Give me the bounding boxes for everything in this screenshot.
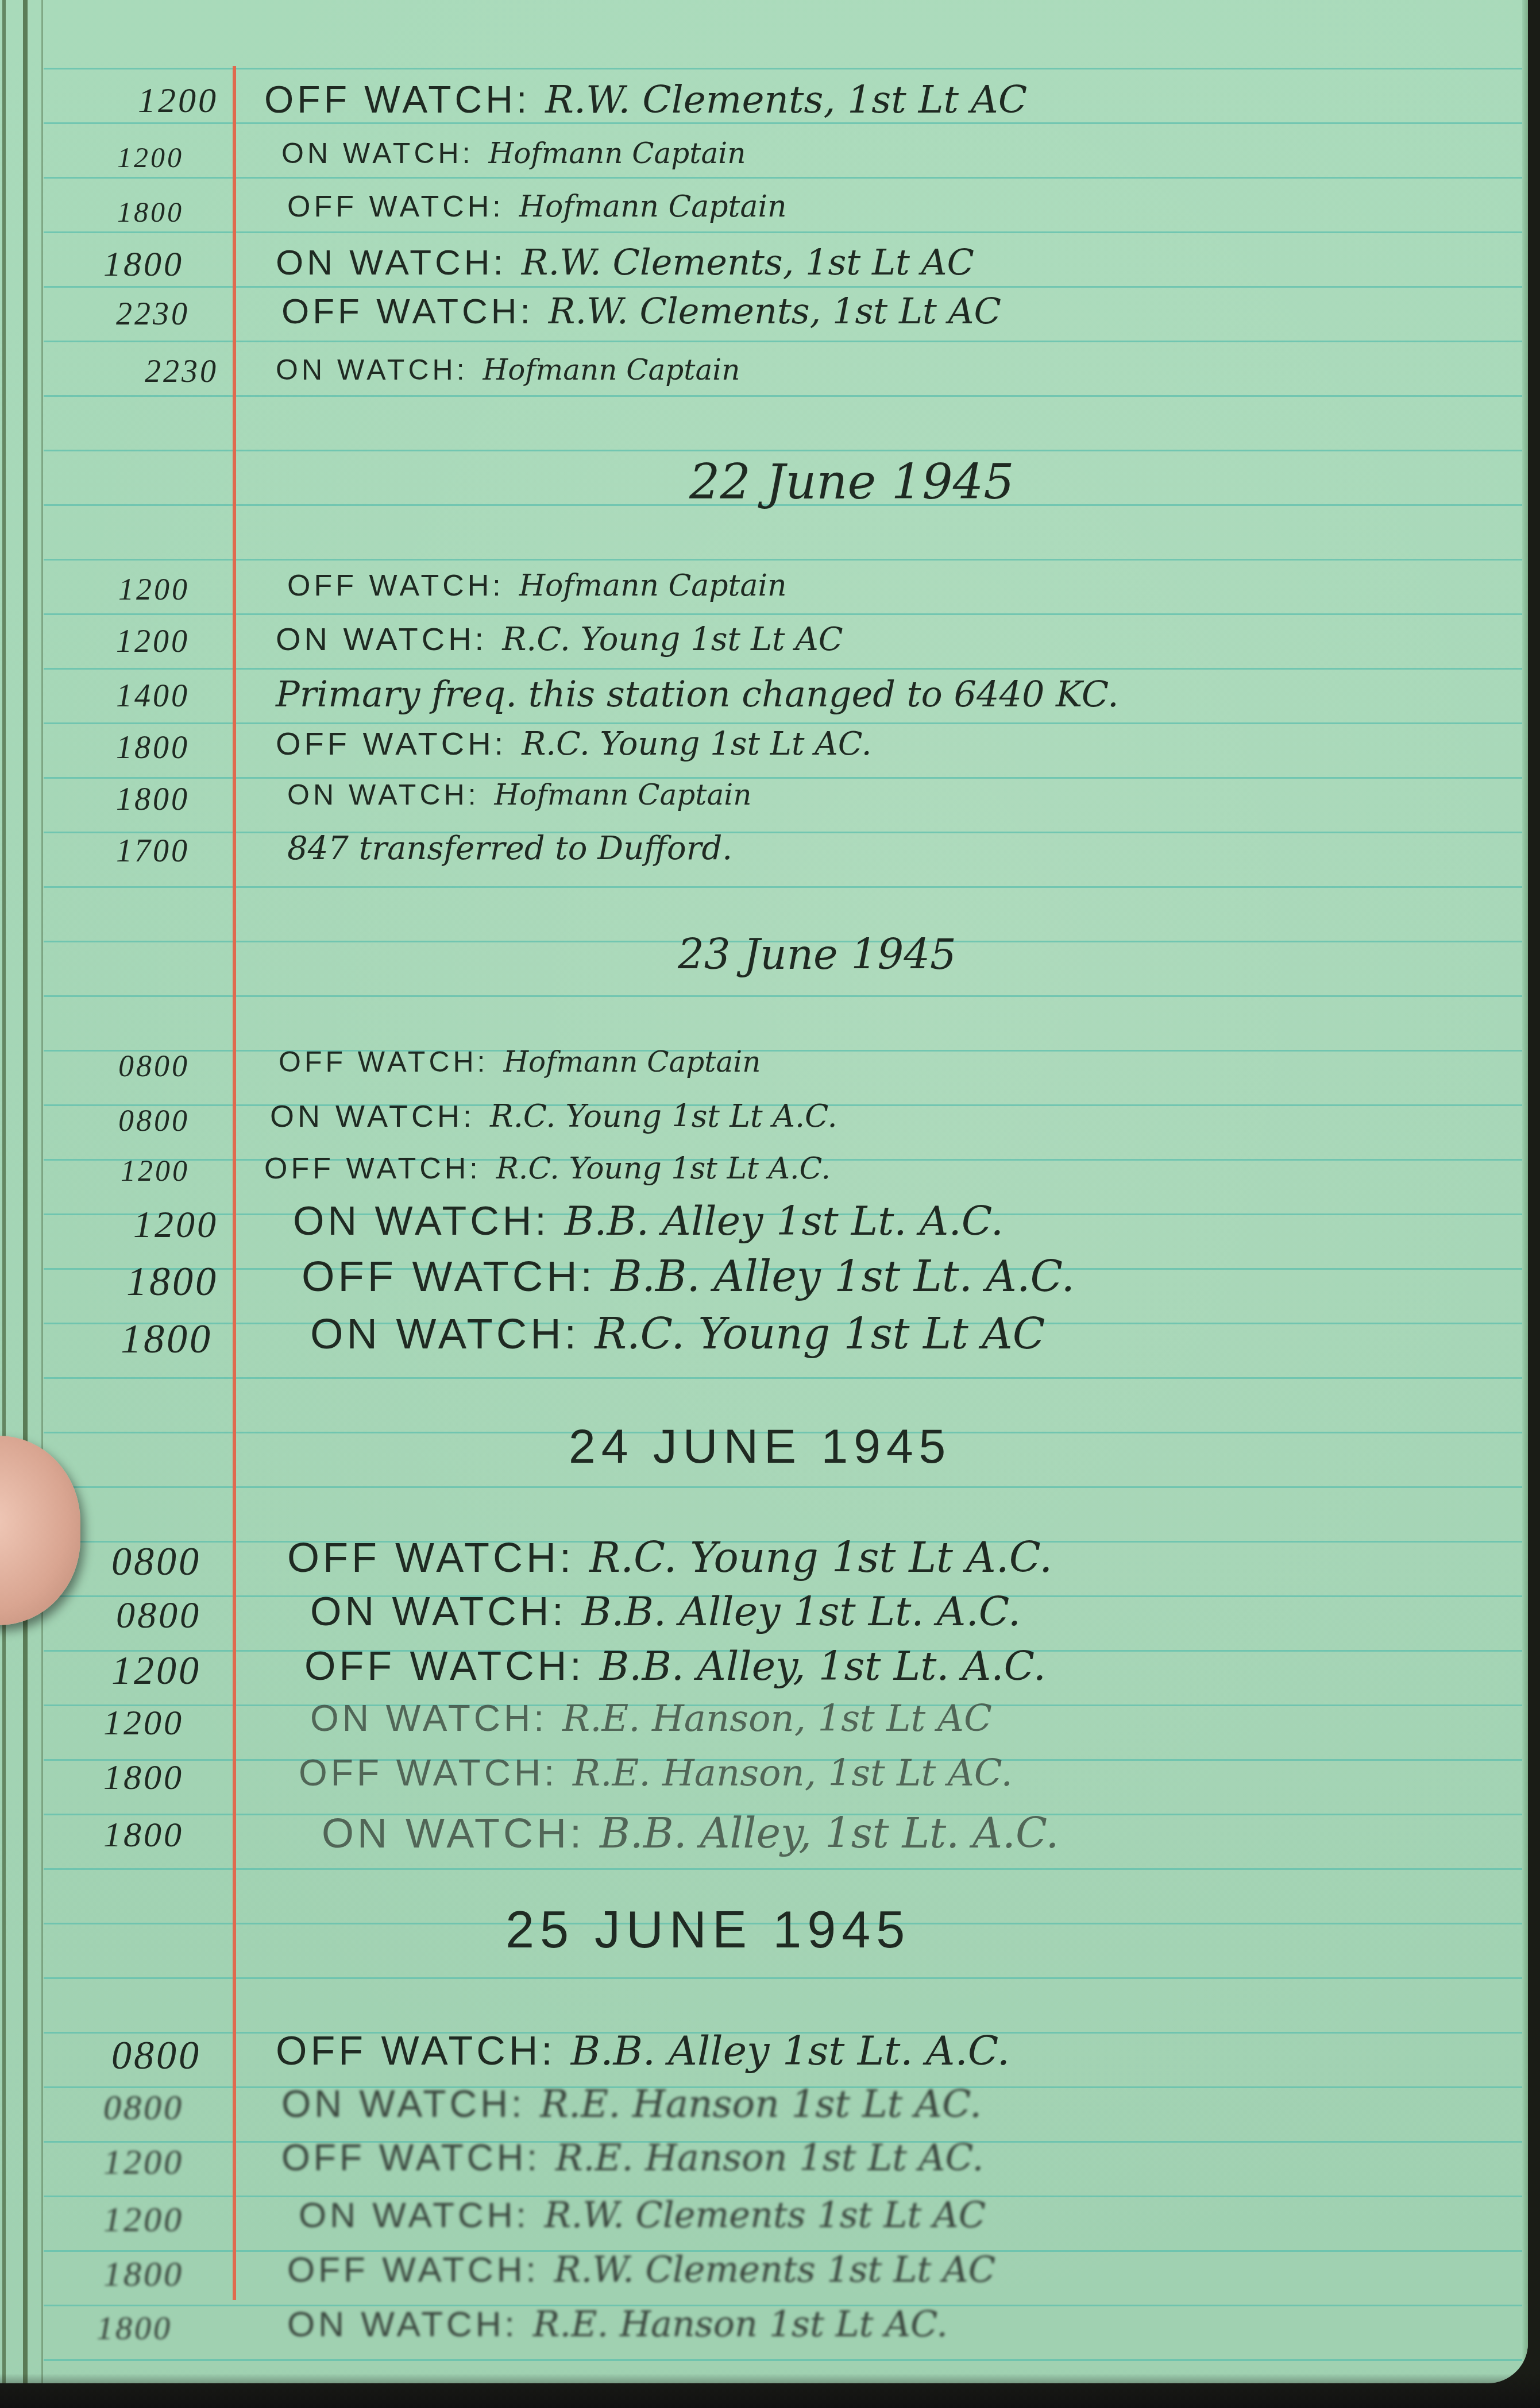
entry-time: 1200	[29, 2200, 184, 2240]
log-entry: ON WATCH:B.B. Alley 1st Lt. A.C.	[310, 1588, 1021, 1636]
entry-time: 1200	[34, 571, 190, 607]
entry-signature: R.W. Clements 1st Lt AC	[554, 2248, 995, 2290]
ruled-line	[44, 668, 1522, 670]
entry-time: 1800	[57, 1315, 213, 1363]
entry-label: ON WATCH:	[276, 354, 468, 386]
ruled-line	[44, 559, 1522, 561]
entry-signature: Hofmann Captain	[495, 778, 752, 811]
entry-time: 1200	[63, 80, 218, 121]
ruled-line	[44, 995, 1522, 997]
ruled-line	[44, 2359, 1522, 2361]
ruled-line	[44, 122, 1522, 124]
entry-time: 1800	[29, 1815, 184, 1856]
ruled-line	[44, 1050, 1522, 1052]
entry-signature: Hofmann Captain	[519, 569, 787, 603]
entry-signature: R.E. Hanson, 1st Lt AC	[562, 1698, 992, 1740]
entry-time: 0800	[34, 1048, 190, 1084]
entry-label: OFF WATCH:	[287, 1535, 574, 1581]
entry-signature: B.B. Alley 1st Lt. A.C.	[582, 1588, 1021, 1635]
entry-label: OFF WATCH:	[287, 2250, 539, 2290]
entry-signature: R.C. Young 1st Lt AC	[595, 1309, 1045, 1359]
entry-signature: R.C. Young 1st Lt A.C.	[490, 1098, 837, 1134]
entry-time: 1800	[29, 2254, 184, 2295]
margin-line	[233, 66, 236, 2300]
entry-signature: R.E. Hanson 1st Lt AC.	[540, 2082, 982, 2126]
ruled-line	[44, 722, 1522, 724]
entry-signature: B.B. Alley, 1st Lt. A.C.	[600, 1642, 1046, 1690]
entry-label: ON WATCH:	[310, 1589, 567, 1634]
entry-signature: Hofmann Captain	[489, 137, 746, 170]
log-entry: ON WATCH:R.W. Clements, 1st Lt AC	[276, 241, 974, 284]
log-entry: OFF WATCH:Hofmann Captain	[287, 569, 787, 603]
ruled-line	[44, 395, 1522, 397]
entry-signature: R.W. Clements, 1st Lt AC	[549, 290, 1001, 332]
entry-label: OFF WATCH:	[287, 569, 504, 602]
entry-time: 1800	[29, 195, 184, 229]
log-entry: OFF WATCH:R.C. Young 1st Lt AC.	[276, 725, 871, 763]
entry-signature: R.C. Young 1st Lt A.C.	[589, 1533, 1052, 1582]
entry-label: OFF WATCH:	[287, 190, 504, 223]
log-entry: ON WATCH:R.E. Hanson 1st Lt AC.	[287, 2303, 948, 2345]
ruled-line	[44, 1977, 1522, 1979]
entry-time: 2230	[63, 353, 218, 390]
ruled-line	[44, 341, 1522, 342]
entry-signature: B.B. Alley 1st Lt. A.C.	[611, 1252, 1075, 1301]
entry-signature: B.B. Alley, 1st Lt. A.C.	[600, 1809, 1059, 1857]
entry-label: OFF WATCH:	[279, 1046, 489, 1078]
ruled-line	[44, 68, 1522, 69]
date-heading: 22 June 1945	[689, 454, 1014, 510]
ruled-line	[44, 1868, 1522, 1870]
entry-time: 1200	[29, 2142, 184, 2183]
entry-signature: R.E. Hanson, 1st Lt AC.	[573, 1752, 1013, 1795]
entry-signature: R.C. Young 1st Lt AC.	[522, 725, 871, 763]
log-entry: ON WATCH:B.B. Alley, 1st Lt. A.C.	[322, 1809, 1059, 1858]
entry-label: OFF WATCH:	[281, 292, 534, 331]
log-entry: OFF WATCH:R.W. Clements 1st Lt AC	[287, 2248, 995, 2291]
entry-label: OFF WATCH:	[302, 1253, 596, 1300]
ruled-line	[44, 1377, 1522, 1379]
entry-time: 1400	[34, 678, 190, 714]
entry-time: 1800	[63, 1258, 218, 1305]
entry-time: 0800	[46, 2033, 201, 2079]
entry-time: 1200	[34, 1154, 190, 1188]
binding-line	[2, 0, 6, 2383]
entry-signature: R.C. Young 1st Lt AC	[502, 621, 843, 658]
binding-line	[23, 0, 28, 2383]
entry-label: ON WATCH:	[276, 243, 507, 283]
ruled-line	[44, 1486, 1522, 1488]
log-entry: OFF WATCH:R.W. Clements, 1st Lt AC	[264, 78, 1027, 122]
entry-label: ON WATCH:	[270, 1099, 475, 1134]
log-entry: ON WATCH:B.B. Alley 1st Lt. A.C.	[293, 1197, 1003, 1245]
entry-text: Primary freq. this station changed to 64…	[276, 673, 1119, 715]
log-entry: OFF WATCH:R.C. Young 1st Lt A.C.	[264, 1151, 831, 1186]
log-entry: ON WATCH:Hofmann Captain	[287, 778, 751, 811]
entry-time: 0800	[46, 1594, 201, 1637]
entry-time: 1200	[29, 141, 184, 174]
entry-time: 1200	[46, 1648, 201, 1694]
entry-label: OFF WATCH:	[299, 1752, 558, 1794]
entry-signature: Hofmann Captain	[519, 190, 787, 224]
log-entry: ON WATCH:R.E. Hanson, 1st Lt AC	[310, 1697, 992, 1740]
entry-signature: R.E. Hanson 1st Lt AC.	[533, 2303, 948, 2345]
entry-signature: R.W. Clements, 1st Lt AC	[545, 78, 1027, 122]
entry-time: 1800	[29, 1757, 184, 1798]
entry-time: 1800	[34, 781, 190, 818]
entry-time: 1800	[17, 2309, 172, 2347]
entry-time: 2230	[34, 296, 190, 333]
log-entry: ON WATCH:R.E. Hanson 1st Lt AC.	[281, 2082, 982, 2127]
ruled-line	[44, 177, 1522, 179]
entry-time: 1700	[34, 833, 190, 869]
log-entry: OFF WATCH:B.B. Alley 1st Lt. A.C.	[276, 2027, 1010, 2075]
log-entry: ON WATCH:R.C. Young 1st Lt A.C.	[270, 1098, 837, 1134]
entry-time: 0800	[34, 1103, 190, 1138]
log-entry: OFF WATCH:Hofmann Captain	[279, 1045, 761, 1079]
entry-time: 1200	[34, 623, 190, 660]
entry-label: ON WATCH:	[322, 1811, 585, 1857]
entry-label: ON WATCH:	[287, 2305, 518, 2344]
entry-label: OFF WATCH:	[276, 2028, 556, 2073]
date-heading: 25 JUNE 1945	[505, 1901, 910, 1960]
entry-label: ON WATCH:	[281, 2082, 525, 2125]
entry-signature: B.B. Alley 1st Lt. A.C.	[565, 1197, 1003, 1244]
ruled-line	[44, 450, 1522, 451]
ruled-line	[44, 777, 1522, 779]
log-entry: OFF WATCH:R.W. Clements, 1st Lt AC	[281, 290, 1001, 333]
date-heading: 24 JUNE 1945	[569, 1418, 951, 1474]
log-entry: Primary freq. this station changed to 64…	[276, 673, 1119, 716]
ruled-line	[44, 613, 1522, 615]
entry-label: ON WATCH:	[281, 137, 474, 169]
table-shadow	[0, 2374, 1540, 2408]
entry-time: 1800	[29, 244, 184, 285]
log-entry: ON WATCH:R.C. Young 1st Lt AC	[276, 620, 843, 658]
entry-label: ON WATCH:	[310, 1698, 547, 1739]
entry-time: 0800	[29, 2088, 184, 2128]
log-entry: OFF WATCH:R.E. Hanson, 1st Lt AC.	[299, 1752, 1013, 1795]
log-entry: ON WATCH:R.W. Clements 1st Lt AC	[299, 2194, 986, 2236]
entry-label: ON WATCH:	[299, 2196, 530, 2235]
entry-label: OFF WATCH:	[276, 725, 507, 762]
entry-signature: R.C. Young 1st Lt A.C.	[496, 1151, 831, 1186]
log-entry: ON WATCH:Hofmann Captain	[281, 137, 746, 170]
log-entry: OFF WATCH:R.C. Young 1st Lt A.C.	[287, 1533, 1052, 1582]
entry-signature: B.B. Alley 1st Lt. A.C.	[571, 2027, 1010, 2074]
entry-label: OFF WATCH:	[264, 1152, 481, 1185]
entry-signature: R.E. Hanson 1st Lt AC.	[555, 2137, 984, 2179]
log-entry: OFF WATCH:B.B. Alley 1st Lt. A.C.	[302, 1252, 1075, 1302]
entry-label: ON WATCH:	[310, 1310, 580, 1358]
entry-label: ON WATCH:	[276, 621, 487, 657]
entry-label: OFF WATCH:	[304, 1644, 585, 1688]
entry-label: ON WATCH:	[287, 779, 480, 811]
page-edge	[1522, 0, 1528, 2383]
log-entry: OFF WATCH:B.B. Alley, 1st Lt. A.C.	[304, 1642, 1046, 1690]
entry-time: 1200	[63, 1203, 218, 1247]
ruled-line	[44, 231, 1522, 233]
log-entry: OFF WATCH:Hofmann Captain	[287, 190, 787, 224]
entry-label: ON WATCH:	[293, 1199, 550, 1243]
entry-signature: Hofmann Captain	[483, 353, 740, 386]
ruled-line	[44, 286, 1522, 288]
log-entry: ON WATCH:R.C. Young 1st Lt AC	[310, 1309, 1045, 1359]
entry-time: 1200	[29, 1703, 184, 1744]
log-book-page: 1200 OFF WATCH:R.W. Clements, 1st Lt AC …	[0, 0, 1528, 2383]
log-entry: OFF WATCH:R.E. Hanson 1st Lt AC.	[281, 2136, 984, 2179]
entry-signature: R.W. Clements, 1st Lt AC	[522, 241, 974, 283]
entry-label: OFF WATCH:	[264, 78, 530, 121]
date-heading: 23 June 1945	[678, 930, 956, 979]
entry-signature: Hofmann Captain	[504, 1045, 761, 1079]
ruled-line	[44, 886, 1522, 888]
entry-signature: R.W. Clements 1st Lt AC	[545, 2194, 986, 2236]
log-entry: ON WATCH:Hofmann Captain	[276, 353, 740, 386]
entry-time: 1800	[34, 729, 190, 766]
ruled-line	[44, 832, 1522, 833]
entry-text: 847 transferred to Dufford.	[287, 830, 732, 867]
entry-label: OFF WATCH:	[281, 2137, 541, 2178]
binding-line	[41, 0, 43, 2383]
log-entry: 847 transferred to Dufford.	[287, 830, 732, 867]
